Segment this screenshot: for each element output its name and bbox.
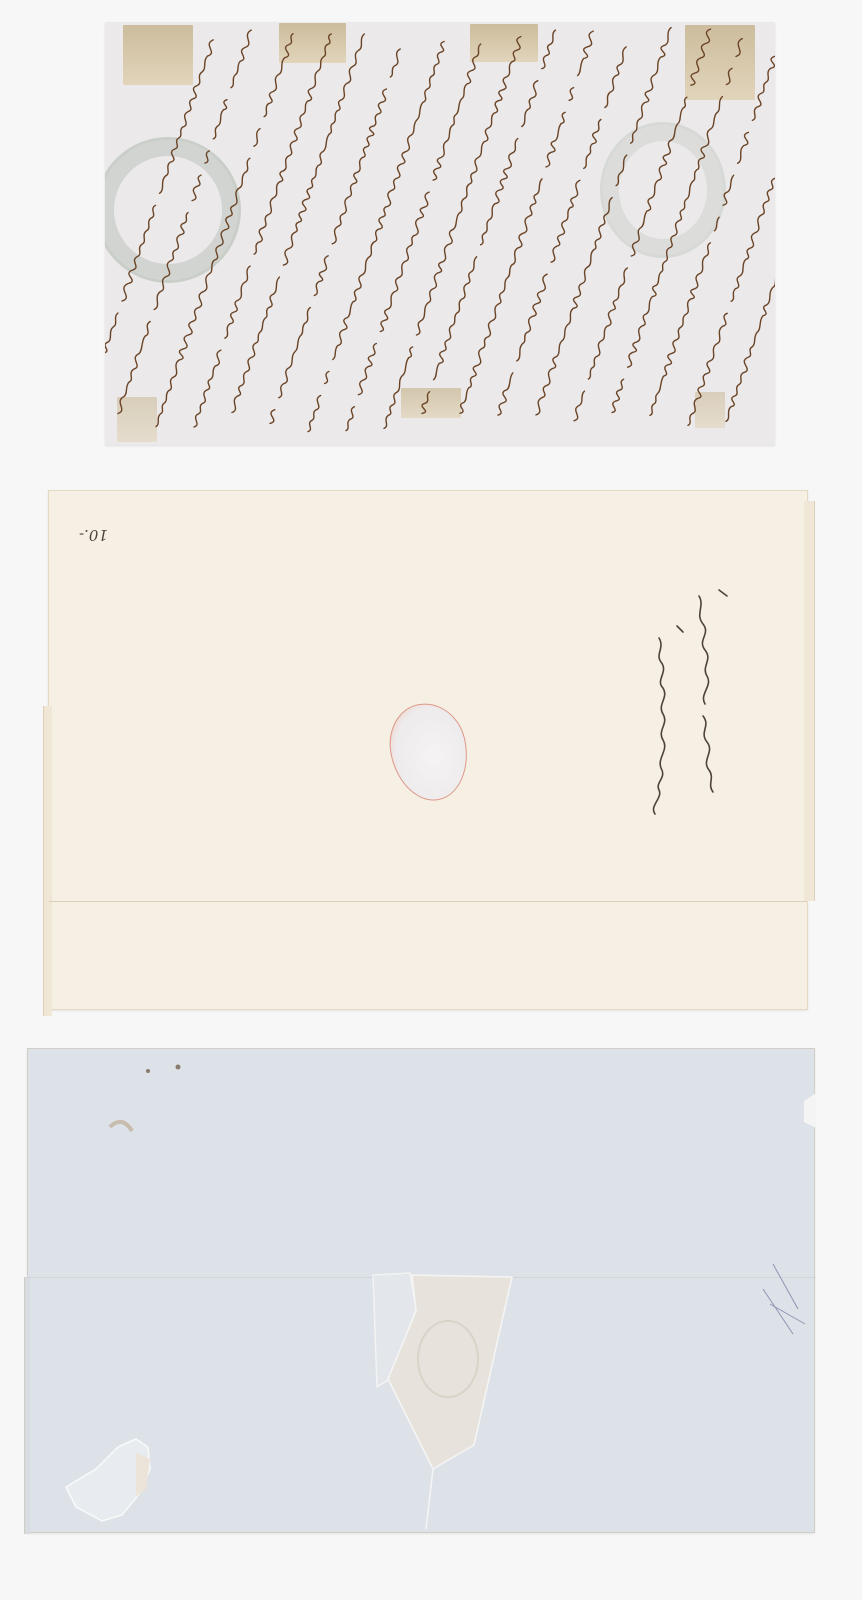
seal-flap-and-tears (28, 1049, 816, 1534)
letter-blue-folded (27, 1048, 815, 1533)
handwriting (105, 22, 775, 445)
letter-cream-folded: 10.- (48, 490, 808, 1010)
corner-note: 10.- (79, 526, 108, 544)
address-handwriting (619, 586, 779, 886)
letter-sheet-handwritten (105, 22, 775, 445)
